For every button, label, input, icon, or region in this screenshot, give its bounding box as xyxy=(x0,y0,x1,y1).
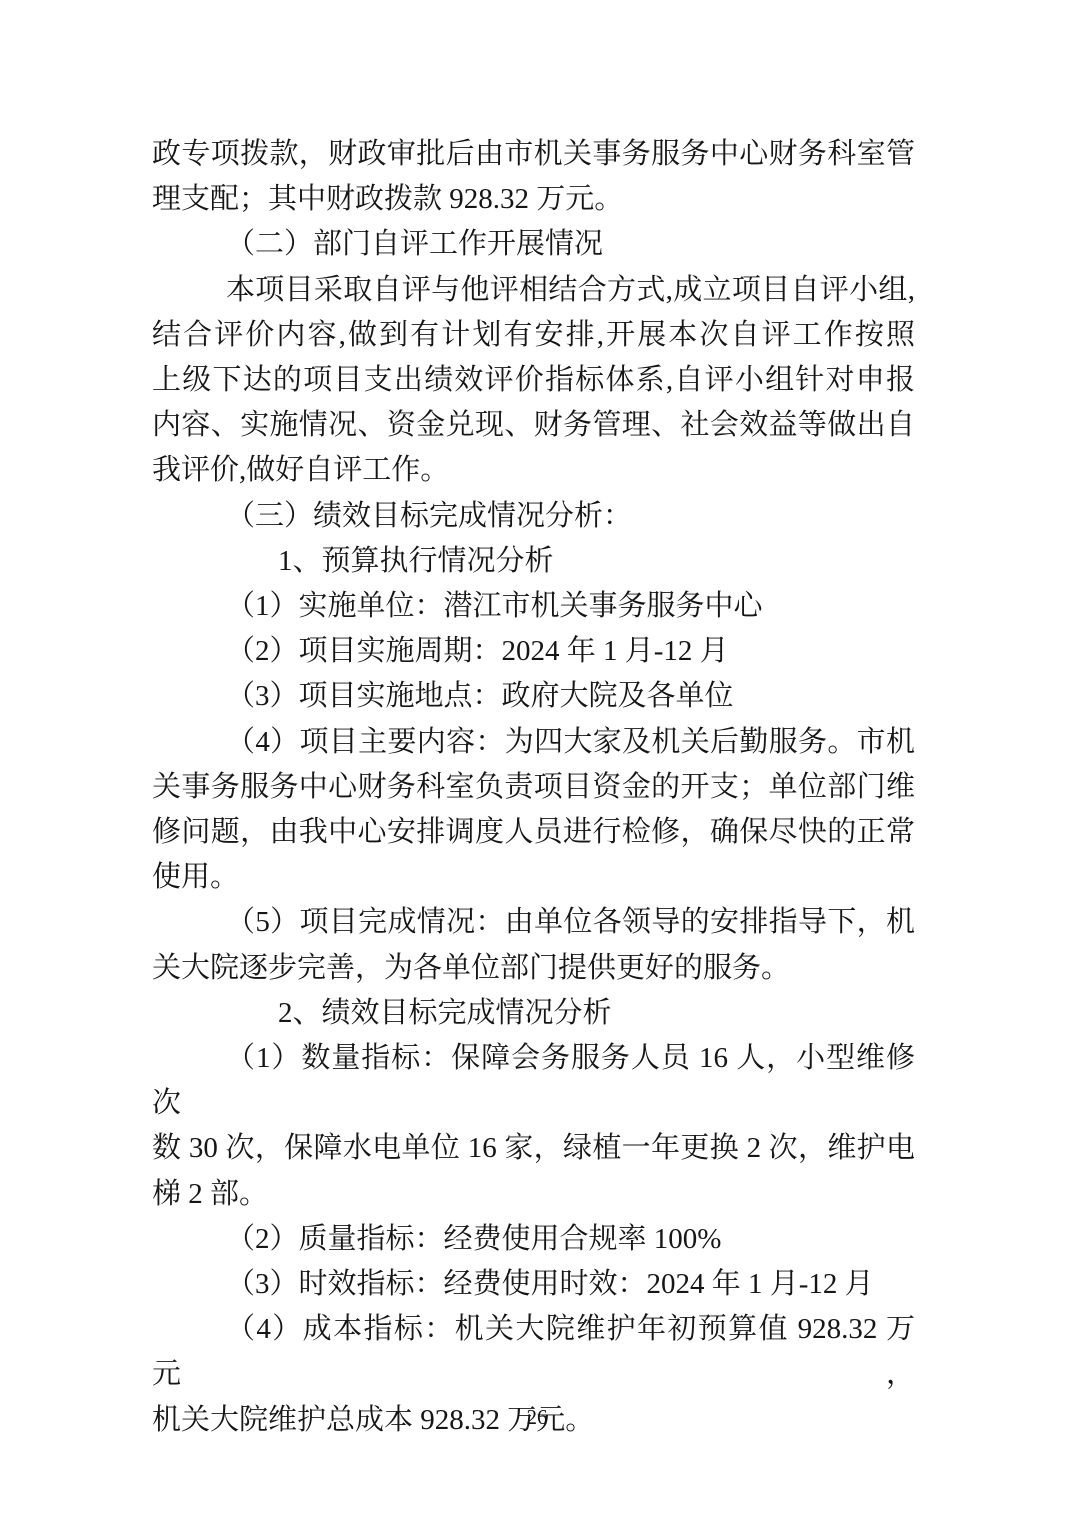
text-line: 修问题，由我中心安排调度人员进行检修，确保尽快的正常 xyxy=(152,810,915,855)
text-line: （3）时效指标：经费使用时效：2024 年 1 月-12 月 xyxy=(152,1262,915,1307)
text-line: （4）项目主要内容：为四大家及机关后勤服务。市机 xyxy=(152,720,915,765)
text-line: 内容、实施情况、资金兑现、财务管理、社会效益等做出自 xyxy=(152,403,915,448)
text-line: 1、预算执行情况分析 xyxy=(152,539,915,584)
text-line: （三）绩效目标完成情况分析： xyxy=(152,494,915,539)
text-line: （5）项目完成情况：由单位各领导的安排指导下，机 xyxy=(152,900,915,945)
document-page: 政专项拨款，财政审批后由市机关事务服务中心财务科室管理支配；其中财政拨款 928… xyxy=(0,0,1074,1520)
text-line: （1）实施单位：潜江市机关事务服务中心 xyxy=(152,584,915,629)
text-line: （4）成本指标：机关大院维护年初预算值 928.32 万元， xyxy=(152,1307,915,1397)
text-line: （2）项目实施周期：2024 年 1 月-12 月 xyxy=(152,629,915,674)
text-line: 使用。 xyxy=(152,855,915,900)
text-line: （3）项目实施地点：政府大院及各单位 xyxy=(152,674,915,719)
text-line: 上级下达的项目支出绩效评价指标体系,自评小组针对申报 xyxy=(152,358,915,403)
text-line: （2）质量指标：经费使用合规率 100% xyxy=(152,1217,915,1262)
text-line: 梯 2 部。 xyxy=(152,1172,915,1217)
body-text: 政专项拨款，财政审批后由市机关事务服务中心财务科室管理支配；其中财政拨款 928… xyxy=(152,132,915,1443)
text-line: 2、绩效目标完成情况分析 xyxy=(152,991,915,1036)
text-line: （二）部门自评工作开展情况 xyxy=(152,222,915,267)
text-line: 理支配；其中财政拨款 928.32 万元。 xyxy=(152,177,915,222)
text-line: 结合评价内容,做到有计划有安排,开展本次自评工作按照 xyxy=(152,313,915,358)
text-line: 政专项拨款，财政审批后由市机关事务服务中心财务科室管 xyxy=(152,132,915,177)
text-line: （1）数量指标：保障会务服务人员 16 人，小型维修次 xyxy=(152,1036,915,1126)
text-line: 本项目采取自评与他评相结合方式,成立项目自评小组, xyxy=(152,268,915,313)
text-line: 关大院逐步完善，为各单位部门提供更好的服务。 xyxy=(152,946,915,991)
text-line: 数 30 次，保障水电单位 16 家，绿植一年更换 2 次，维护电 xyxy=(152,1126,915,1171)
text-line: 我评价,做好自评工作。 xyxy=(152,448,915,493)
page-number: 26 xyxy=(527,1405,548,1429)
text-line: 关事务服务中心财务科室负责项目资金的开支；单位部门维 xyxy=(152,765,915,810)
page-footer: 26 xyxy=(0,1403,1074,1431)
